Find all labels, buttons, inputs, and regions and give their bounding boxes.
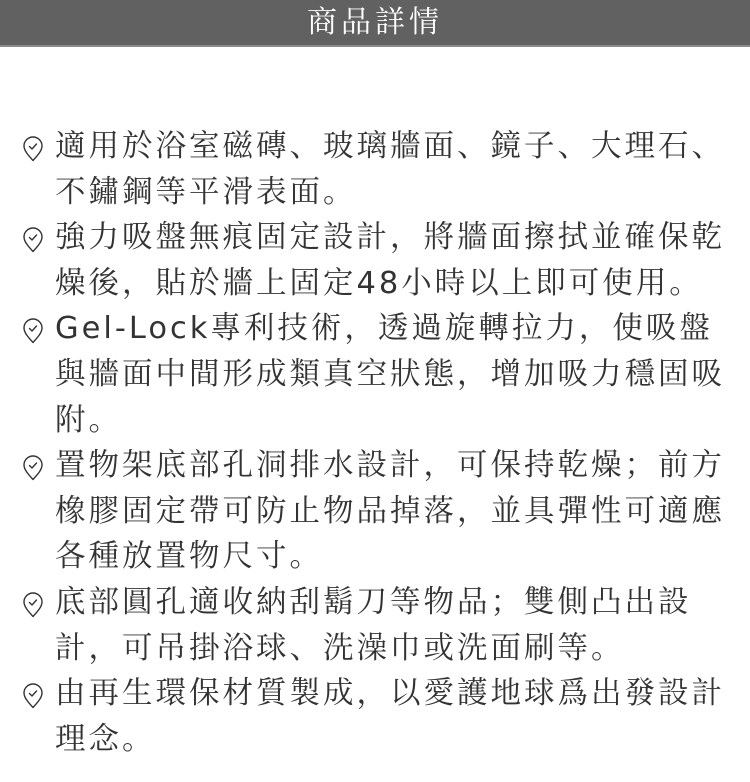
map-pin-check-icon xyxy=(22,455,44,481)
list-item: 置物架底部孔洞排水設計，可保持乾燥；前方橡膠固定帶可防止物品掉落，並具彈性可適應… xyxy=(0,443,750,580)
map-pin-check-icon xyxy=(22,318,44,344)
list-item-text: Gel-Lock專利技術，透過旋轉拉力，使吸盤與牆面中間形成類真空狀態，增加吸力… xyxy=(55,306,732,443)
map-pin-check-icon xyxy=(22,136,44,162)
section-title: 商品詳情 xyxy=(307,8,443,38)
section-header: 商品詳情 xyxy=(0,0,750,47)
list-item: 由再生環保材質製成，以愛護地球爲出發設計理念。 xyxy=(0,671,750,762)
list-item: 適用於浴室磁磚、玻璃牆面、鏡子、大理石、不鏽鋼等平滑表面。 xyxy=(0,124,750,215)
list-item-text: 由再生環保材質製成，以愛護地球爲出發設計理念。 xyxy=(55,671,732,762)
list-item: Gel-Lock專利技術，透過旋轉拉力，使吸盤與牆面中間形成類真空狀態，增加吸力… xyxy=(0,306,750,443)
map-pin-check-icon xyxy=(22,683,44,709)
list-item-text: 置物架底部孔洞排水設計，可保持乾燥；前方橡膠固定帶可防止物品掉落，並具彈性可適應… xyxy=(55,443,732,580)
list-item: 底部圓孔適收納刮鬍刀等物品；雙側凸出設計，可吊掛浴球、洗澡巾或洗面刷等。 xyxy=(0,580,750,671)
product-details-list: 適用於浴室磁磚、玻璃牆面、鏡子、大理石、不鏽鋼等平滑表面。 強力吸盤無痕固定設計… xyxy=(0,47,750,762)
map-pin-check-icon xyxy=(22,227,44,253)
list-item: 強力吸盤無痕固定設計，將牆面擦拭並確保乾燥後，貼於牆上固定48小時以上即可使用。 xyxy=(0,215,750,306)
map-pin-check-icon xyxy=(22,592,44,618)
list-item-text: 底部圓孔適收納刮鬍刀等物品；雙側凸出設計，可吊掛浴球、洗澡巾或洗面刷等。 xyxy=(55,580,732,671)
list-item-text: 強力吸盤無痕固定設計，將牆面擦拭並確保乾燥後，貼於牆上固定48小時以上即可使用。 xyxy=(55,215,732,306)
list-item-text: 適用於浴室磁磚、玻璃牆面、鏡子、大理石、不鏽鋼等平滑表面。 xyxy=(55,124,732,215)
